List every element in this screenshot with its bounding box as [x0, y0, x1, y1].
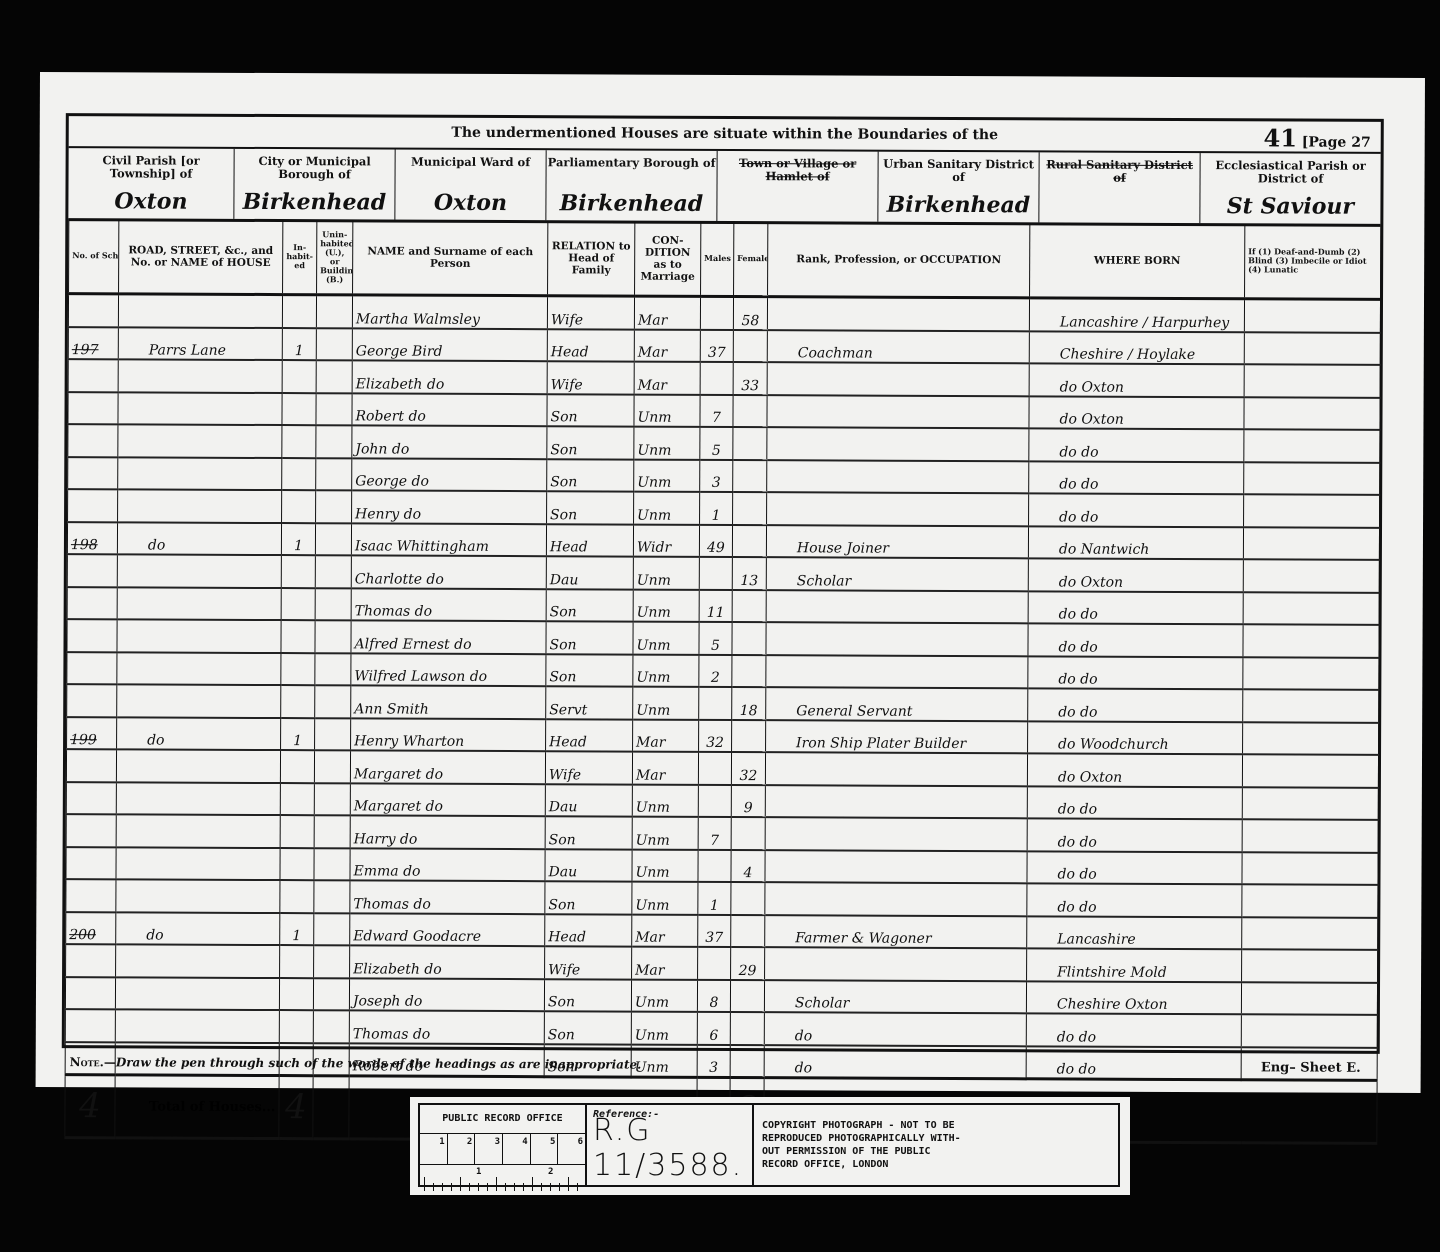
cell-uninhab: [314, 750, 350, 783]
cell-relation: Head: [547, 329, 634, 362]
cell-condition: Unm: [631, 979, 697, 1012]
cell-condition: Unm: [633, 654, 699, 687]
cell-born: do Oxton: [1028, 558, 1243, 591]
cell-uninhab: [316, 458, 352, 491]
houses-total-label: Total of Houses...: [115, 1075, 279, 1139]
cell-female: [733, 460, 767, 493]
cell-inhabited: 1: [280, 913, 314, 946]
cell-condition: Widr: [633, 524, 699, 557]
census-form: The undermentioned Houses are situate wi…: [62, 113, 1384, 1054]
cell-inhabited: 1: [281, 523, 315, 556]
cell-infirmity: [1244, 299, 1380, 333]
district-value: St Saviour: [1200, 193, 1380, 220]
cell-born: do Nantwich: [1028, 526, 1243, 559]
cell-occupation: [767, 427, 1029, 461]
cell-male: 7: [698, 817, 731, 850]
cell-road: [116, 782, 280, 815]
cell-sched: [66, 749, 116, 782]
cell-infirmity: [1244, 462, 1380, 495]
col-road: ROAD, STREET, &c., and No. or NAME of HO…: [119, 219, 283, 294]
cell-occupation: [767, 297, 1029, 331]
cell-born: do do: [1026, 1046, 1241, 1080]
cell-name: Thomas do: [351, 588, 546, 621]
ruler-tick: [568, 1177, 569, 1191]
cell-condition: Unm: [634, 394, 700, 427]
cell-name: Elizabeth do: [350, 945, 545, 978]
cell-infirmity: [1243, 527, 1379, 560]
cell-condition: Unm: [632, 882, 698, 915]
cell-road: [118, 294, 282, 328]
cell-occupation: House Joiner: [766, 525, 1028, 559]
cell-born: do do: [1028, 656, 1243, 689]
cell-condition: Unm: [633, 557, 699, 590]
cell-occupation: [765, 947, 1027, 981]
district-value: [717, 217, 877, 218]
cell-inhabited: [280, 848, 314, 881]
cell-road: [118, 359, 282, 392]
column-header-row: No. of Schedule ROAD, STREET, &c., and N…: [69, 219, 1381, 299]
ruler-tick: [433, 1183, 434, 1191]
cell-occupation: [767, 362, 1029, 396]
ruler-tick: [550, 1183, 551, 1191]
cell-uninhab: [313, 978, 349, 1011]
cell-inhabited: [281, 588, 315, 621]
cell-road: do: [117, 522, 281, 555]
cell-name: Isaac Whittingham: [351, 523, 546, 556]
cell-infirmity: [1241, 1014, 1377, 1047]
cell-name: John do: [352, 425, 547, 458]
cell-name: Henry do: [352, 490, 547, 523]
cell-sched: [66, 879, 116, 912]
col-infirmity: If (1) Deaf-and-Dumb (2) Blind (3) Imbec…: [1245, 224, 1381, 299]
cell-uninhab: [316, 425, 352, 458]
cell-born: do do: [1027, 818, 1242, 851]
cell-infirmity: [1242, 852, 1378, 885]
record-card-frame: PUBLIC RECORD OFFICE 1 2 3 4 5 6 1 2 Ref…: [418, 1103, 1120, 1187]
district-ecclesiastical-parish: Ecclesiastical Parish or District of St …: [1200, 153, 1380, 224]
cell-name: Emma do: [350, 848, 545, 881]
record-office-block: PUBLIC RECORD OFFICE 1 2 3 4 5 6 1 2: [420, 1105, 587, 1185]
cell-female: [730, 1045, 764, 1078]
cell-infirmity: [1242, 949, 1378, 982]
cell-name: Alfred Ernest do: [351, 620, 546, 653]
district-municipal-ward: Municipal Ward of Oxton: [395, 150, 546, 221]
cell-relation: Head: [546, 524, 633, 557]
ruler-tick: [469, 1183, 470, 1191]
cell-female: [732, 590, 766, 623]
uninhabited-total: [313, 1076, 349, 1139]
cell-infirmity: [1244, 429, 1380, 462]
cell-male: 3: [700, 459, 733, 492]
cell-condition: Mar: [634, 362, 700, 395]
cell-relation: Dau: [545, 849, 632, 882]
cell-name: Thomas do: [349, 1010, 544, 1043]
cell-sched: [68, 489, 118, 522]
cell-female: 13: [732, 557, 766, 590]
ruler-tick: [559, 1183, 560, 1191]
cell-occupation: [767, 460, 1029, 494]
district-civil-parish: Civil Parish [or Township] of Oxton: [68, 148, 234, 219]
cell-relation: Son: [546, 589, 633, 622]
cell-female: 32: [731, 752, 765, 785]
cell-occupation: do: [764, 1045, 1026, 1079]
cell-born: Flintshire Mold: [1027, 948, 1242, 981]
cell: 5: [531, 1134, 559, 1164]
district-value: Oxton: [395, 190, 545, 217]
cell-road: [118, 457, 282, 490]
cell-name: Margaret do: [350, 750, 545, 783]
cell-infirmity: [1243, 722, 1379, 755]
ruler-tick: [487, 1183, 488, 1191]
inhabited-total: 4: [279, 1076, 313, 1139]
cell-infirmity: [1242, 754, 1378, 787]
cell-infirmity: [1243, 657, 1379, 690]
cell-female: [732, 655, 766, 688]
district-value: Birkenhead: [546, 190, 716, 217]
cell-male: 3: [697, 1044, 730, 1077]
cell-occupation: [765, 882, 1027, 916]
district-label: City or Municipal Borough of: [235, 149, 395, 182]
cell-male: [698, 784, 731, 817]
district-label: Town or Village or Hamlet of: [718, 151, 878, 184]
cell-infirmity: [1244, 332, 1380, 365]
cell-female: 33: [733, 362, 767, 395]
cell-name: Edward Goodacre: [350, 913, 545, 946]
cell-male: 1: [700, 492, 733, 525]
cell-infirmity: [1244, 494, 1380, 527]
cell-female: [732, 720, 766, 753]
cell-infirmity: [1243, 624, 1379, 657]
cell-relation: Son: [546, 621, 633, 654]
cell-occupation: Iron Ship Plater Builder: [766, 720, 1028, 754]
cell-relation: Head: [546, 719, 633, 752]
cell-female: 9: [731, 785, 765, 818]
cell-sched: [65, 1009, 115, 1042]
cell-occupation: Farmer & Wagoner: [765, 915, 1027, 949]
cell-relation: Son: [547, 426, 634, 459]
cell-male: 5: [699, 622, 732, 655]
cell-male: [699, 557, 732, 590]
ruler-tick: [424, 1177, 425, 1191]
cell-born: do Oxton: [1029, 396, 1244, 429]
cell-occupation: General Servant: [766, 687, 1028, 721]
cell-sched: [68, 392, 118, 425]
cell-relation: Wife: [545, 751, 632, 784]
cell-inhabited: 1: [281, 718, 315, 751]
cell-uninhab: [316, 393, 352, 426]
page-number: 41 [Page 27: [1263, 123, 1370, 152]
cell-inhabited: [280, 880, 314, 913]
cell-born: do Oxton: [1027, 753, 1242, 786]
cell-male: 6: [697, 1012, 730, 1045]
district-label: Urban Sanitary District of: [879, 152, 1039, 185]
cell-uninhab: [315, 555, 351, 588]
cell-relation: Dau: [545, 784, 632, 817]
cell-name: Henry Wharton: [351, 718, 546, 751]
cell-male: 1: [698, 882, 731, 915]
house-number: 197: [72, 342, 99, 358]
district-value: Birkenhead: [234, 189, 394, 216]
ruler-tick: [541, 1183, 542, 1191]
cell-road: [116, 879, 280, 912]
cell-name: George Bird: [352, 328, 547, 361]
cell-inhabited: [280, 815, 314, 848]
houses-count: 4: [65, 1075, 115, 1138]
district-urban-sanitary: Urban Sanitary District of Birkenhead: [878, 152, 1039, 223]
cell-uninhab: [313, 1010, 349, 1043]
cell-road: [116, 814, 280, 847]
cell-female: 18: [732, 687, 766, 720]
cell-male: [699, 687, 732, 720]
col-uninhabited: Unin-habited (U.), or Building (B.): [317, 220, 353, 295]
cell-inhabited: [281, 620, 315, 653]
cell-sched: [66, 814, 116, 847]
district-value: [1039, 218, 1199, 219]
cell-occupation: Scholar: [766, 557, 1028, 591]
cell-female: [733, 492, 767, 525]
cell-road: do: [116, 912, 280, 945]
cell-relation: Son: [547, 394, 634, 427]
census-sheet: The undermentioned Houses are situate wi…: [36, 72, 1425, 1093]
cell-male: [698, 947, 731, 980]
cell-occupation: do: [764, 1012, 1026, 1046]
cell-male: 49: [699, 524, 732, 557]
cell-road: do: [117, 717, 281, 750]
cell-female: [732, 622, 766, 655]
cell: 6: [558, 1134, 585, 1164]
record-office-cells: 1 2 3 4 5 6: [420, 1134, 585, 1165]
cell-road: [116, 749, 280, 782]
cell-inhabited: [280, 783, 314, 816]
cell-sched: [68, 359, 118, 392]
cell-relation: Son: [545, 881, 632, 914]
cell-sched: [67, 652, 117, 685]
cell-uninhab: [316, 295, 352, 328]
cell-relation: Son: [545, 816, 632, 849]
house-number: 198: [71, 537, 98, 553]
cell-condition: Mar: [634, 296, 700, 329]
cell-born: do do: [1026, 1013, 1241, 1046]
cell-condition: Unm: [633, 589, 699, 622]
cell-uninhab: [314, 913, 350, 946]
ruler-label: 2: [548, 1167, 553, 1177]
cell-road: [117, 619, 281, 652]
col-age-females: Females: [734, 222, 768, 297]
cell-condition: Unm: [633, 622, 699, 655]
cell-occupation: [766, 590, 1028, 624]
cell-male: [698, 752, 731, 785]
cell: 3: [475, 1134, 503, 1164]
sheet-id: Eng– Sheet E.: [1261, 1060, 1361, 1075]
cell-condition: Mar: [632, 914, 698, 947]
cell-infirmity: [1243, 592, 1379, 625]
col-age-males: Males: [701, 222, 734, 297]
cell-female: [733, 395, 767, 428]
cell-male: [700, 362, 733, 395]
cell-condition: Unm: [632, 817, 698, 850]
cell-condition: Mar: [633, 719, 699, 752]
ruler-label: 1: [476, 1167, 481, 1177]
cell-condition: Unm: [633, 687, 699, 720]
ruler-tick: [523, 1183, 524, 1191]
cell-road: [116, 944, 280, 977]
cell-uninhab: [315, 523, 351, 556]
cell-condition: Unm: [634, 492, 700, 525]
col-condition: CON-DITION as to Marriage: [635, 222, 701, 297]
cell-female: [731, 915, 765, 948]
district-value: Oxton: [68, 188, 233, 215]
cell-occupation: [765, 752, 1027, 786]
cell-sched: [68, 424, 118, 457]
cell-occupation: Scholar: [764, 980, 1026, 1014]
ruler-tick: [577, 1183, 578, 1191]
cell-relation: Son: [547, 491, 634, 524]
cell-inhabited: [282, 490, 316, 523]
cell-uninhab: [314, 945, 350, 978]
note-lead: Note.—: [70, 1055, 116, 1069]
cell-uninhab: [314, 880, 350, 913]
cell-condition: Unm: [632, 784, 698, 817]
census-table: No. of Schedule ROAD, STREET, &c., and N…: [64, 219, 1381, 1145]
cell-born: do do: [1027, 851, 1242, 884]
cell-uninhab: [315, 588, 351, 621]
cell-relation: Wife: [547, 296, 634, 329]
cell-road: [115, 1009, 279, 1042]
col-inhabited: In-habit-ed: [283, 220, 317, 295]
cell-uninhab: [315, 718, 351, 751]
col-schedule: No. of Schedule: [69, 219, 119, 294]
cell-sched: 32199: [67, 717, 117, 750]
cell-uninhab: [315, 620, 351, 653]
district-parliamentary-borough: Parliamentary Borough of Birkenhead: [546, 150, 717, 221]
cell-relation: Wife: [547, 361, 634, 394]
district-label: Municipal Ward of: [396, 150, 546, 170]
cell-name: Thomas do: [350, 880, 545, 913]
cell-infirmity: [1242, 917, 1378, 950]
cell-name: Elizabeth do: [352, 360, 547, 393]
cell-sched: [67, 587, 117, 620]
cell-born: do do: [1028, 623, 1243, 656]
cell-born: Cheshire Oxton: [1026, 981, 1241, 1014]
cell-road: [118, 424, 282, 457]
record-office-title: PUBLIC RECORD OFFICE: [420, 1105, 585, 1134]
cell-name: Charlotte do: [351, 555, 546, 588]
cell-road: [117, 587, 281, 620]
cell-male: 11: [699, 589, 732, 622]
district-label: Civil Parish [or Township] of: [69, 148, 234, 181]
cell-road: Parrs Lane: [118, 327, 282, 360]
house-number: 199: [70, 732, 97, 748]
cell-road: [117, 652, 281, 685]
cell-infirmity: [1242, 884, 1378, 917]
cell-female: [732, 525, 766, 558]
cell-inhabited: [282, 360, 316, 393]
cell-uninhab: [314, 848, 350, 881]
ruler-tick: [442, 1183, 443, 1191]
cell-name: Harry do: [350, 815, 545, 848]
cell-sched: [65, 977, 115, 1010]
cell-sched: [67, 554, 117, 587]
col-occupation: Rank, Profession, or OCCUPATION: [768, 222, 1030, 298]
cell-female: 29: [731, 947, 765, 980]
cell-female: [731, 817, 765, 850]
cell: 4: [503, 1134, 531, 1164]
cell-uninhab: [315, 685, 351, 718]
cell-occupation: [765, 817, 1027, 851]
cell-sched: [67, 684, 117, 717]
page-label: [Page 27: [1302, 135, 1371, 151]
cell-relation: Servt: [546, 686, 633, 719]
cell-born: do do: [1029, 428, 1244, 461]
cell-male: 37: [698, 914, 731, 947]
cell-uninhab: [315, 653, 351, 686]
cell-road: [115, 977, 279, 1010]
cell-occupation: [767, 395, 1029, 429]
cell-female: [730, 1012, 764, 1045]
cell-sched: 30197: [68, 327, 118, 360]
district-rural-sanitary: Rural Sanitary District of: [1039, 152, 1200, 223]
cell-born: do do: [1027, 786, 1242, 819]
cell-female: [733, 330, 767, 363]
cell-inhabited: [282, 295, 316, 328]
cell-born: Lancashire: [1027, 916, 1242, 949]
cell-uninhab: [316, 360, 352, 393]
cell-road: [118, 489, 282, 522]
district-label: Rural Sanitary District of: [1040, 152, 1200, 185]
reference-value: R.G 11/3588.: [593, 1113, 752, 1183]
cell-female: [730, 980, 764, 1013]
cell-sched: [68, 457, 118, 490]
cell-condition: Unm: [634, 427, 700, 460]
cell-sched: [67, 619, 117, 652]
cell-inhabited: [282, 425, 316, 458]
district-label: Parliamentary Borough of: [547, 150, 717, 170]
cell: 1: [420, 1134, 448, 1164]
cell-sched: 31198: [67, 522, 117, 555]
cell-name: George do: [352, 458, 547, 491]
cell-name: Robert do: [352, 393, 547, 426]
district-header-row: Civil Parish [or Township] of Oxton City…: [68, 146, 1380, 227]
cell-relation: Son: [546, 654, 633, 687]
cell-male: 2: [699, 654, 732, 687]
col-name: NAME and Surname of each Person: [353, 220, 548, 295]
cell-born: do Oxton: [1029, 363, 1244, 396]
cell-male: [700, 296, 733, 329]
cell-relation: Dau: [546, 556, 633, 589]
cell-inhabited: [281, 653, 315, 686]
cell-uninhab: [314, 815, 350, 848]
cell-occupation: [765, 785, 1027, 819]
cell-condition: Mar: [632, 947, 698, 980]
ruler-tick: [496, 1177, 497, 1191]
cell-sched: [66, 782, 116, 815]
cell-uninhab: [314, 783, 350, 816]
col-where-born: WHERE BORN: [1030, 223, 1245, 298]
folio-number: 41: [1263, 123, 1297, 152]
cell-name: Ann Smith: [351, 685, 546, 718]
cell-sched: 33200: [66, 912, 116, 945]
cell-born: do do: [1029, 493, 1244, 526]
cell-name: Wilfred Lawson do: [351, 653, 546, 686]
cell-inhabited: [279, 1010, 313, 1043]
cell-condition: Mar: [634, 329, 700, 362]
ruler-tick: [460, 1177, 461, 1191]
cell-relation: Head: [545, 914, 632, 947]
cell-inhabited: [280, 750, 314, 783]
reference-block: Reference:- R.G 11/3588.: [587, 1105, 754, 1185]
cell-male: [698, 849, 731, 882]
ruler-scale: 1 2: [420, 1165, 585, 1191]
